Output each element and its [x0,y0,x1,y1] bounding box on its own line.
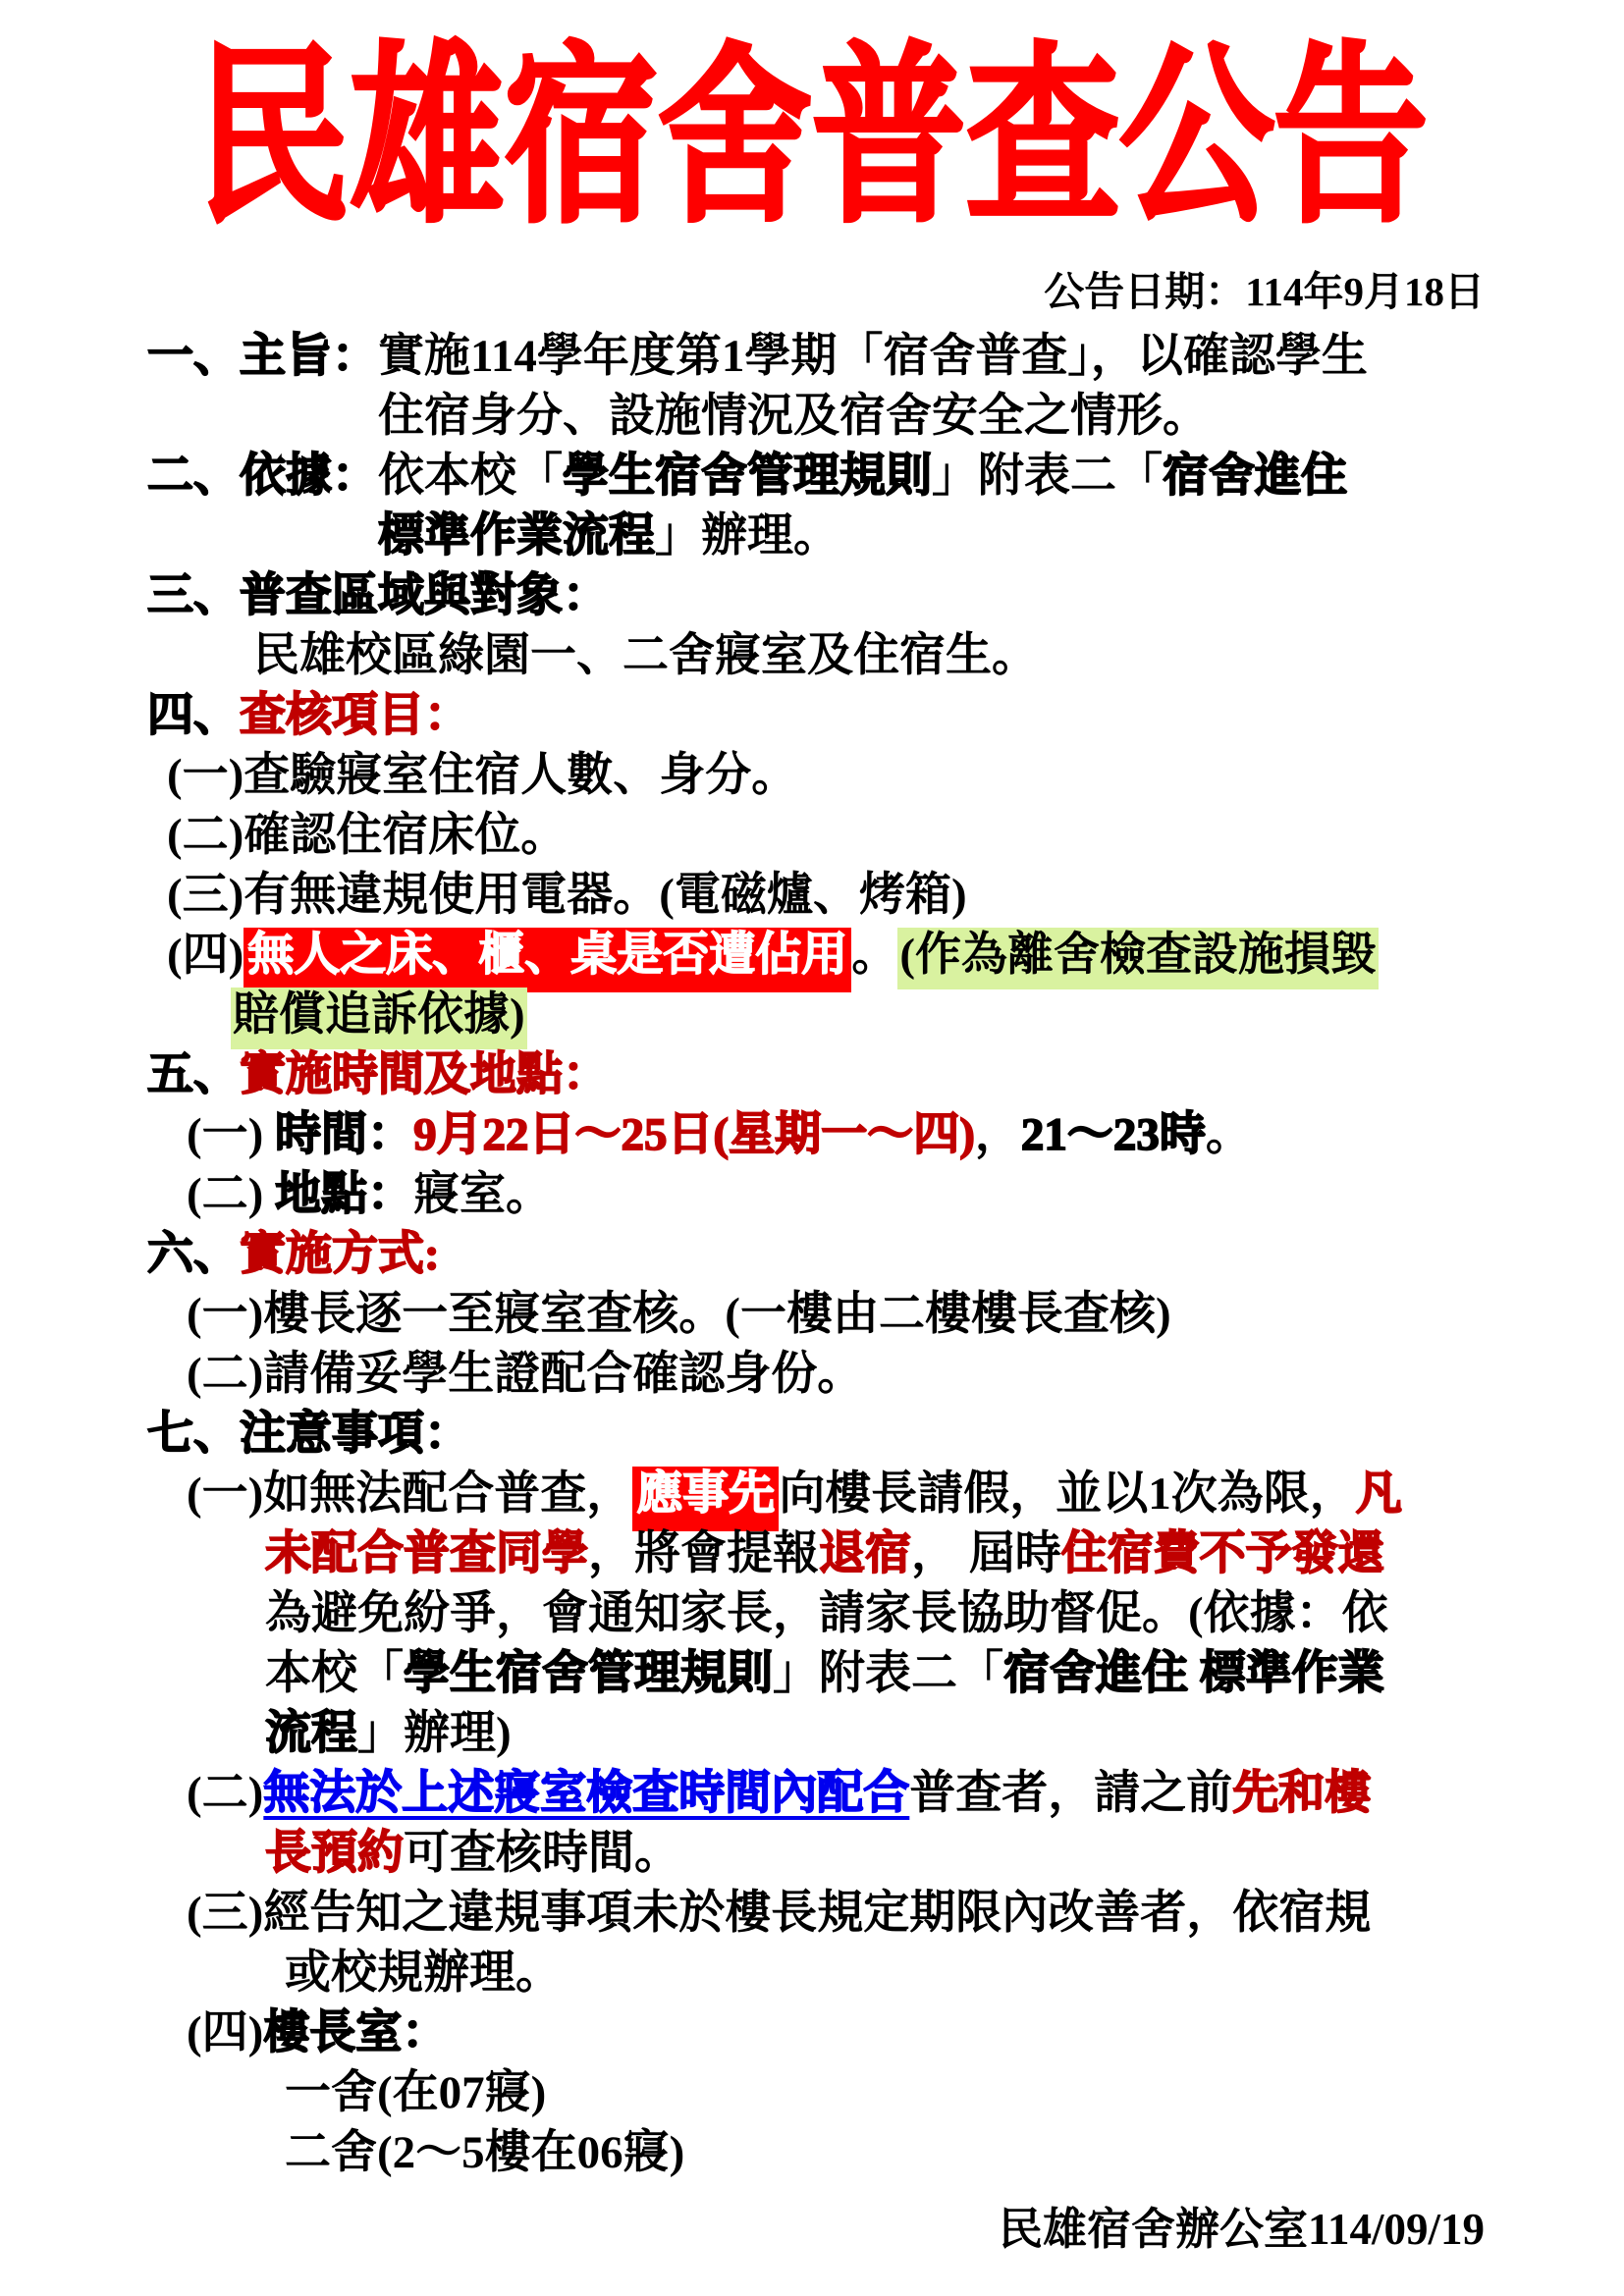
page-title-text: 民雄宿舍普查公告 [196,27,1428,251]
text-segment: 普查者，請之前 [909,1768,1232,1819]
text-segment: 寢室。 [413,1169,552,1220]
document-line: 或校規辦理。 [285,1944,1624,2003]
document-line: 一舍(在07寢) [285,2063,1624,2123]
document-line: (二)無法於上述寢室檢查時間內配合普查者，請之前先和樓 [187,1764,1624,1824]
bold-text-segment: 學生宿舍管理規則 [563,451,932,502]
red-bold-text-segment: 住宿費不予發還 [1061,1528,1384,1579]
text-segment: ， [975,1109,1021,1160]
document-line: (四)樓長室： [187,2003,1624,2063]
document-line: 二舍(2～5樓在06寢) [285,2123,1624,2183]
red-bold-text-segment: 查核項目： [240,690,470,741]
bold-text-segment: 七、注意事項： [147,1409,470,1460]
document-line: 二、依據：依本校「學生宿舍管理規則」附表二「宿舍進住 [147,447,1624,507]
bold-text-segment: 21～23時 [1021,1109,1206,1160]
bold-text-segment: 時間： [275,1109,413,1160]
announcement-date: 公告日期：114年9月18日 [0,259,1485,317]
bold-text-segment: 流程 [265,1708,357,1759]
document-line: (四)無人之床、櫃、桌是否遭佔用。(作為離舍檢查設施損毀 [167,926,1624,986]
document-line: (二)確認住宿床位。 [167,806,1624,866]
red-bold-text-segment: 凡 [1356,1468,1402,1520]
text-segment: (一) [187,1109,275,1160]
text-segment: 一舍(在07寢) [285,2067,546,2118]
red-highlight-text: 應事先 [632,1467,779,1531]
bold-text-segment: 五、 [147,1049,240,1100]
document-line: 六、實施方式: [147,1225,1624,1285]
bold-text-segment: 學生宿舍管理規則 [404,1648,773,1699]
red-highlight-text: 無人之床、櫃、桌是否遭佔用 [244,928,851,992]
text-segment: 」辦理。 [655,510,839,561]
red-bold-text-segment: 退宿 [819,1528,911,1579]
bold-text-segment: 標準作業流程 [378,510,655,561]
red-bold-text-segment: 實施方式: [240,1229,440,1280]
document-line: 流程」辦理) [265,1704,1624,1764]
red-bold-text-segment: 先和樓 [1232,1768,1371,1819]
document-line: 五、實施時間及地點： [147,1045,1624,1105]
document-line: 四、查核項目： [147,686,1624,746]
text-segment: 」辦理) [357,1708,512,1759]
text-segment: 本校「 [265,1648,404,1699]
page-title: 民雄宿舍普查公告 [0,27,1624,255]
document-line: (一)如無法配合普查，應事先向樓長請假，並以1次為限，凡 [187,1465,1624,1524]
text-segment: 民雄校區綠園一、二舍寢室及住宿生。 [253,630,1038,681]
document-line: 本校「學生宿舍管理規則」附表二「宿舍進住 標準作業 [265,1644,1624,1704]
document-body: 一、主旨：實施114學年度第1學期「宿舍普查」，以確認學生住宿身分、設施情況及宿… [0,327,1624,2183]
office-signature: 民雄宿舍辦公室114/09/19 [0,2193,1485,2257]
document-line: (一)樓長逐一至寢室查核。(一樓由二樓樓長查核) [187,1285,1624,1345]
document-line: 標準作業流程」辦理。 [378,507,1624,566]
document-line: (二)請備妥學生證配合確認身份。 [187,1345,1624,1405]
document-line: 民雄校區綠園一、二舍寢室及住宿生。 [253,626,1624,686]
text-segment: (四) [167,930,244,981]
red-bold-text-segment: 實施時間及地點： [240,1049,609,1100]
red-bold-text-segment: 未配合普查同學 [265,1528,588,1579]
bold-text-segment: 一、主旨： [147,331,378,382]
text-segment: (四) [187,2007,263,2058]
document-line: 住宿身分、設施情況及宿舍安全之情形。 [378,387,1624,447]
text-segment: (一)樓長逐一至寢室查核。(一樓由二樓樓長查核) [187,1289,1171,1340]
text-segment: (二) [187,1169,275,1220]
text-segment: 二舍(2～5樓在06寢) [285,2127,684,2178]
document-line: (一) 時間：9月22日～25日(星期一～四)，21～23時。 [187,1105,1624,1165]
text-segment: (二) [187,1768,263,1819]
document-line: (二) 地點：寢室。 [187,1165,1624,1225]
green-highlight-text: (作為離舍檢查設施損毀 [897,928,1379,989]
text-segment: ， 屆時 [911,1528,1061,1579]
text-segment: 住宿身分、設施情況及宿舍安全之情形。 [378,391,1209,442]
green-highlight-text: 賠償追訴依據) [231,988,527,1049]
document-line: 一、主旨：實施114學年度第1學期「宿舍普查」，以確認學生 [147,327,1624,387]
document-line: 為避免紛爭，會通知家長，請家長協助督促。(依據：依 [265,1584,1624,1644]
text-segment: (二)確認住宿床位。 [167,810,567,861]
blue-underline-text: 無法於上述寢室檢查時間內配合 [263,1768,909,1819]
text-segment: 為避免紛爭，會通知家長，請家長協助督促。(依據：依 [265,1588,1388,1639]
bold-text-segment: 樓長室： [263,2007,448,2058]
text-segment: 或校規辦理。 [285,1948,562,1999]
bold-text-segment: 地點： [275,1169,413,1220]
text-segment: (三)有無違規使用電器。(電磁爐、烤箱) [167,870,967,921]
bold-text-segment: 宿舍進住 標準作業 [1003,1648,1384,1699]
text-segment: (一)如無法配合普查， [187,1468,632,1520]
text-segment: 實施114學年度第1學期「宿舍普查」，以確認學生 [378,331,1368,382]
document-line: (三)有無違規使用電器。(電磁爐、烤箱) [167,866,1624,926]
text-segment: (二)請備妥學生證配合確認身份。 [187,1349,863,1400]
document-line: 七、注意事項： [147,1405,1624,1465]
text-segment: 依本校「 [378,451,563,502]
text-segment: 」附表二「 [773,1648,1003,1699]
document-line: 三、普查區域與對象： [147,566,1624,626]
text-segment: ，將會提報 [588,1528,819,1579]
document-line: 長預約可查核時間。 [265,1824,1624,1884]
text-segment: 可查核時間。 [404,1828,680,1879]
text-segment: 向樓長請假，並以1次為限， [779,1468,1356,1520]
bold-text-segment: 六、 [147,1229,240,1280]
document-line: 未配合普查同學，將會提報退宿， 屆時住宿費不予發還 [265,1524,1624,1584]
bold-text-segment: 宿舍進住 [1163,451,1347,502]
text-segment: (一)查驗寢室住宿人數、身分。 [167,750,797,801]
text-segment: 」附表二「 [932,451,1163,502]
text-segment: 。 [851,930,897,981]
text-segment: (三)經告知之違規事項未於樓長規定期限內改善者，依宿規 [187,1888,1371,1939]
document-line: (一)查驗寢室住宿人數、身分。 [167,746,1624,806]
text-segment: 。 [1206,1109,1252,1160]
bold-text-segment: 四、 [147,690,240,741]
red-bold-text-segment: 9月22日～25日(星期一～四) [413,1109,975,1160]
red-bold-text-segment: 長預約 [265,1828,404,1879]
bold-text-segment: 二、依據： [147,451,378,502]
bold-text-segment: 三、普查區域與對象： [147,570,609,621]
document-line: (三)經告知之違規事項未於樓長規定期限內改善者，依宿規 [187,1884,1624,1944]
document-line: 賠償追訴依據) [231,986,1624,1045]
